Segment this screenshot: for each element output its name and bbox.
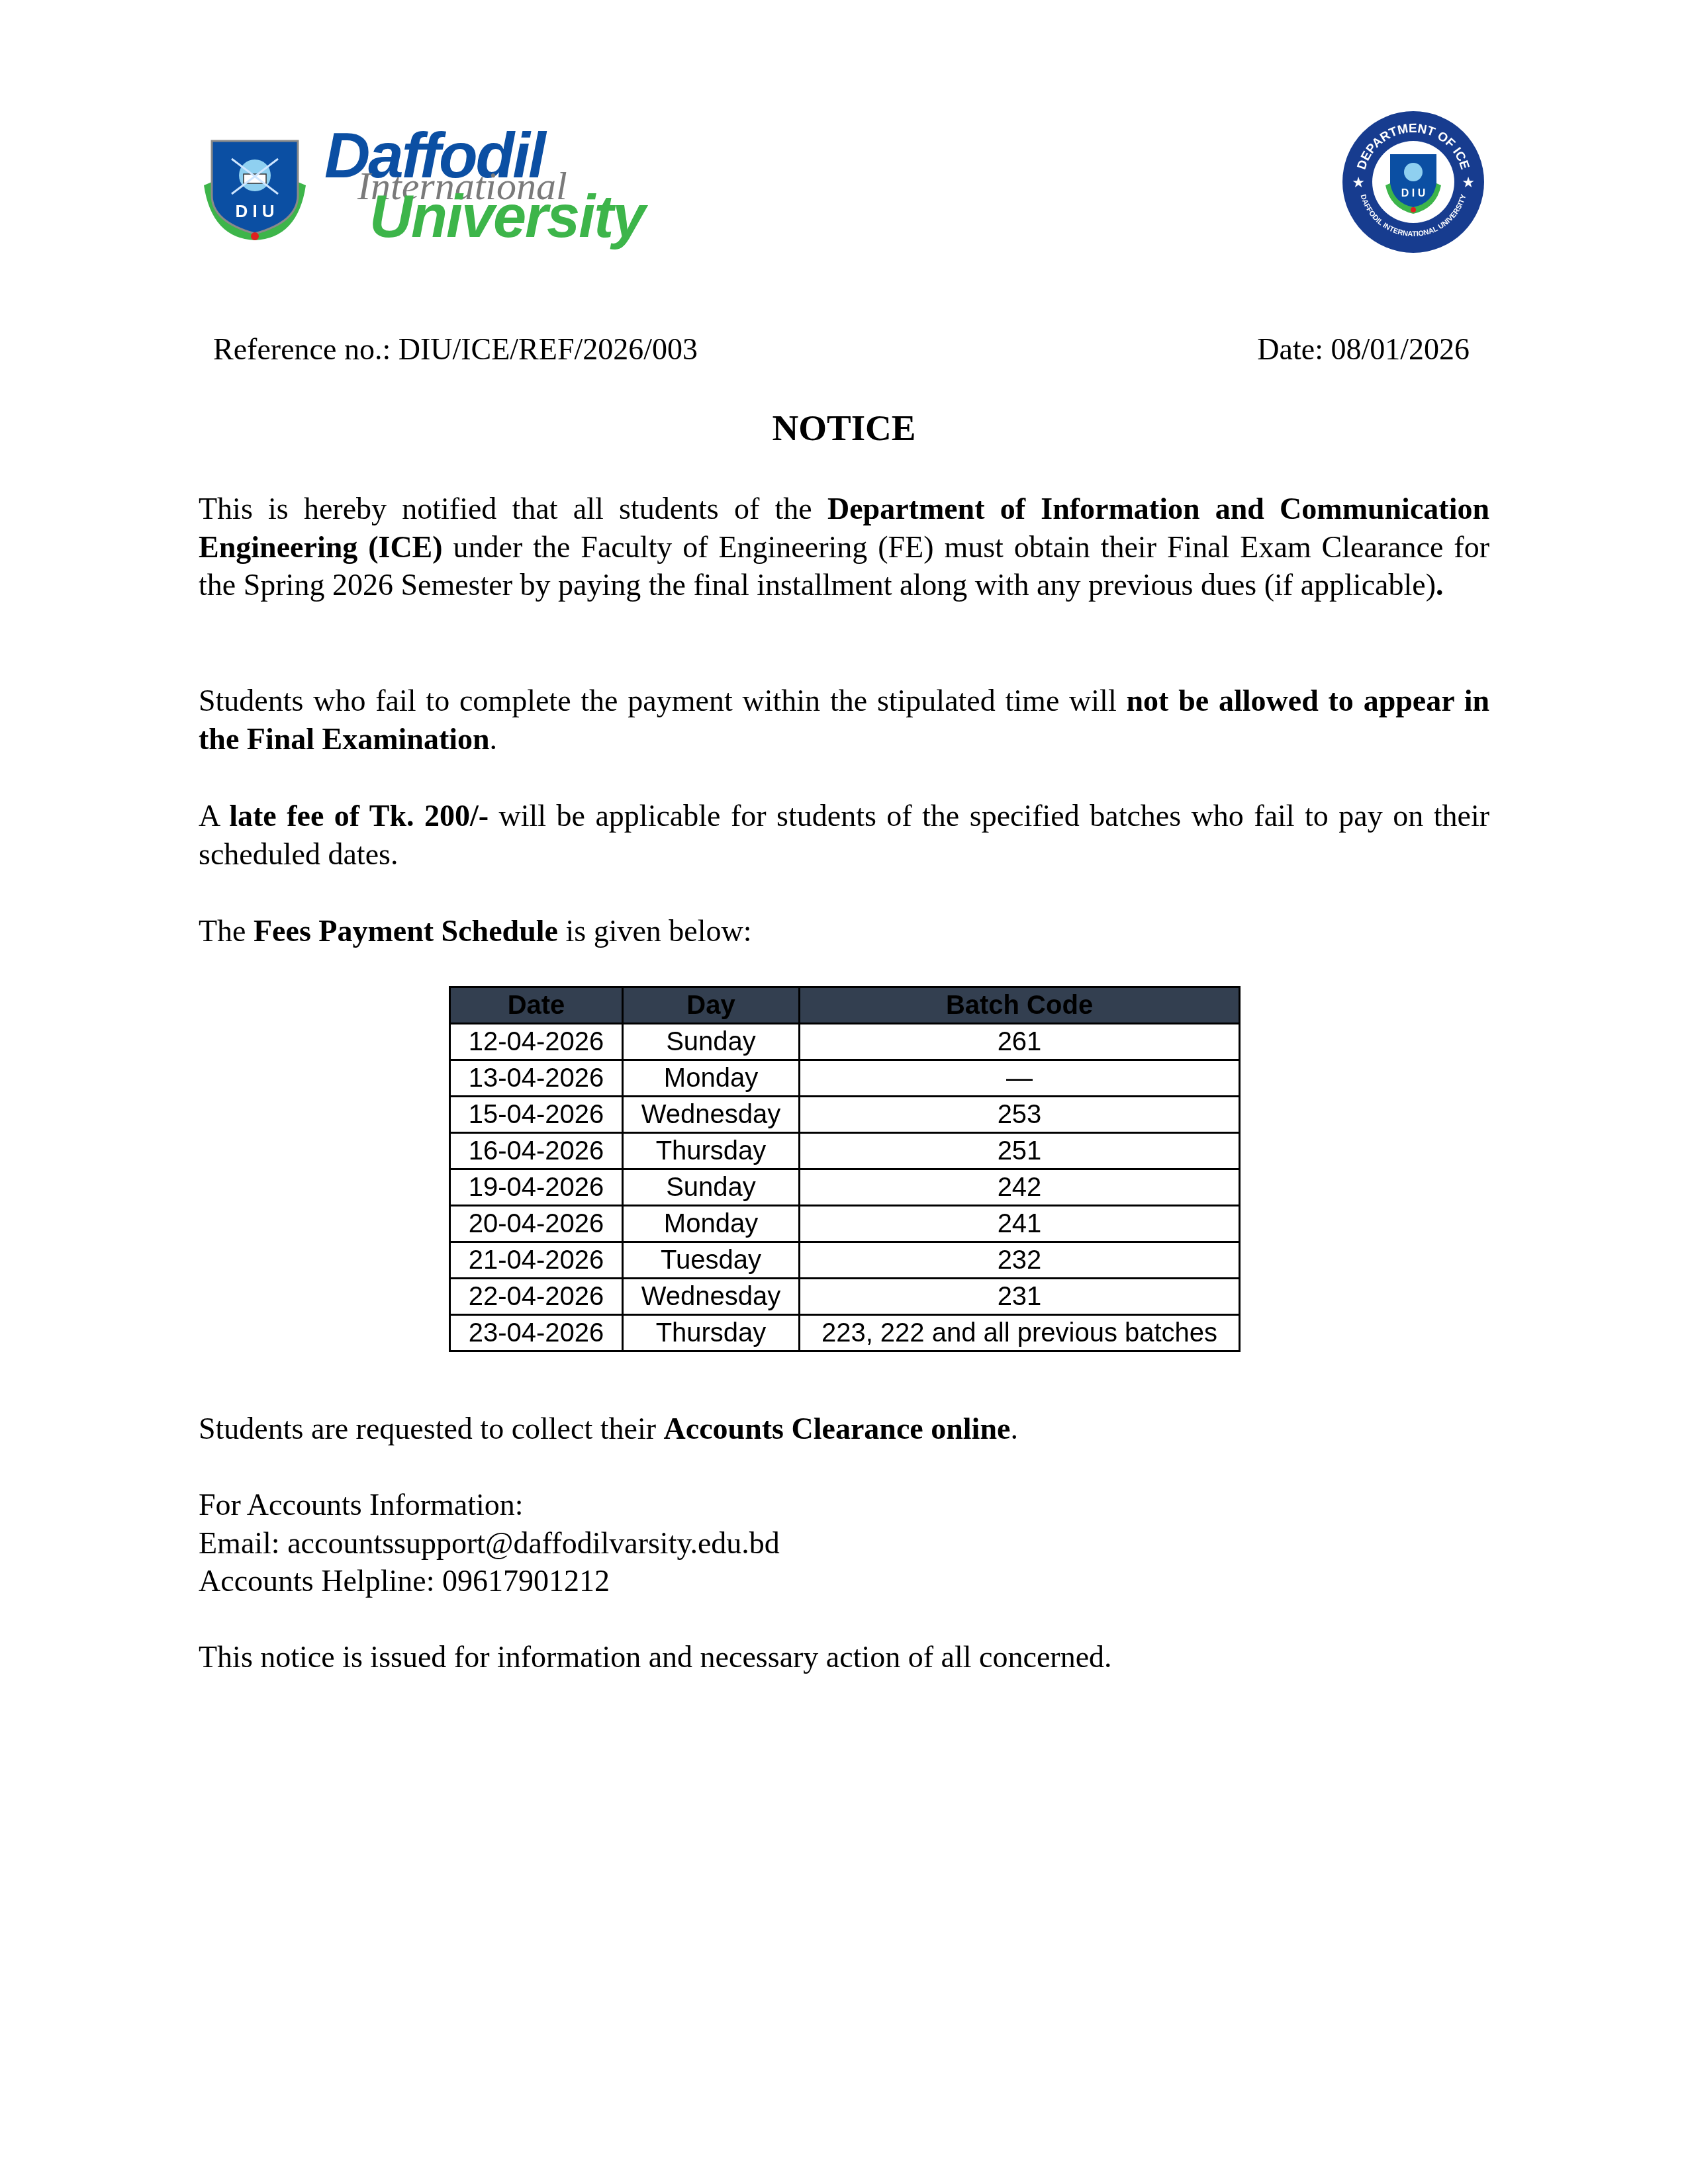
cell-date: 21-04-2026 — [450, 1242, 623, 1279]
contact-helpline: Accounts Helpline: 09617901212 — [199, 1562, 1489, 1600]
cell-date: 13-04-2026 — [450, 1060, 623, 1097]
notice-date: Date: 08/01/2026 — [1257, 331, 1470, 368]
table-header-row: Date Day Batch Code — [450, 987, 1240, 1024]
cell-day: Sunday — [623, 1169, 800, 1206]
paragraph-clearance-requirement: This is hereby notified that all student… — [199, 490, 1489, 604]
paragraph-payment-deadline-warning: Students who fail to complete the paymen… — [199, 682, 1489, 758]
fees-payment-schedule-table: Date Day Batch Code 12-04-2026Sunday2611… — [449, 986, 1241, 1352]
paragraph-late-fee: A late fee of Tk. 200/- will be applicab… — [199, 797, 1489, 873]
column-header-day: Day — [623, 987, 800, 1024]
table-row: 15-04-2026Wednesday253 — [450, 1097, 1240, 1133]
paragraph-accounts-clearance: Students are requested to collect their … — [199, 1410, 1489, 1448]
svg-text:D I U: D I U — [1401, 188, 1425, 199]
column-header-batch-code: Batch Code — [800, 987, 1240, 1024]
table-row: 19-04-2026Sunday242 — [450, 1169, 1240, 1206]
cell-day: Monday — [623, 1060, 800, 1097]
cell-date: 19-04-2026 — [450, 1169, 623, 1206]
svg-text:D I U: D I U — [235, 201, 274, 221]
cell-day: Sunday — [623, 1024, 800, 1060]
cell-batch-code: 231 — [800, 1279, 1240, 1315]
cell-day: Wednesday — [623, 1279, 800, 1315]
table-row: 20-04-2026Monday241 — [450, 1206, 1240, 1242]
diu-logo: D I U Daffodil International University — [199, 122, 655, 255]
brand-university: University — [369, 183, 644, 251]
table-row: 12-04-2026Sunday261 — [450, 1024, 1240, 1060]
ice-department-seal: DEPARTMENT OF ICE DAFFODIL INTERNATIONAL… — [1340, 109, 1486, 255]
notice-title: NOTICE — [0, 407, 1688, 449]
cell-batch-code: 251 — [800, 1133, 1240, 1169]
table-row: 13-04-2026Monday— — [450, 1060, 1240, 1097]
svg-text:★: ★ — [1462, 174, 1475, 191]
cell-day: Wednesday — [623, 1097, 800, 1133]
svg-text:★: ★ — [1352, 174, 1365, 191]
paragraph-schedule-intro: The Fees Payment Schedule is given below… — [199, 912, 1489, 950]
accounts-contact-info: For Accounts Information: Email: account… — [199, 1486, 1489, 1600]
cell-batch-code: — — [800, 1060, 1240, 1097]
reference-number: Reference no.: DIU/ICE/REF/2026/003 — [213, 331, 698, 368]
cell-date: 16-04-2026 — [450, 1133, 623, 1169]
table-row: 16-04-2026Thursday251 — [450, 1133, 1240, 1169]
cell-batch-code: 242 — [800, 1169, 1240, 1206]
table-row: 21-04-2026Tuesday232 — [450, 1242, 1240, 1279]
cell-date: 12-04-2026 — [450, 1024, 623, 1060]
paragraph-closing: This notice is issued for information an… — [199, 1638, 1489, 1676]
cell-day: Thursday — [623, 1315, 800, 1351]
table-row: 22-04-2026Wednesday231 — [450, 1279, 1240, 1315]
column-header-date: Date — [450, 987, 623, 1024]
contact-heading: For Accounts Information: — [199, 1486, 1489, 1524]
cell-batch-code: 241 — [800, 1206, 1240, 1242]
cell-date: 15-04-2026 — [450, 1097, 623, 1133]
cell-day: Monday — [623, 1206, 800, 1242]
cell-date: 23-04-2026 — [450, 1315, 623, 1351]
cell-batch-code: 223, 222 and all previous batches — [800, 1315, 1240, 1351]
cell-day: Thursday — [623, 1133, 800, 1169]
cell-date: 22-04-2026 — [450, 1279, 623, 1315]
cell-day: Tuesday — [623, 1242, 800, 1279]
seal-icon: DEPARTMENT OF ICE DAFFODIL INTERNATIONAL… — [1340, 109, 1486, 255]
cell-batch-code: 232 — [800, 1242, 1240, 1279]
table-row: 23-04-2026Thursday223, 222 and all previ… — [450, 1315, 1240, 1351]
contact-email: Email: accountssupport@daffodilvarsity.e… — [199, 1524, 1489, 1563]
cell-batch-code: 253 — [800, 1097, 1240, 1133]
cell-date: 20-04-2026 — [450, 1206, 623, 1242]
cell-batch-code: 261 — [800, 1024, 1240, 1060]
